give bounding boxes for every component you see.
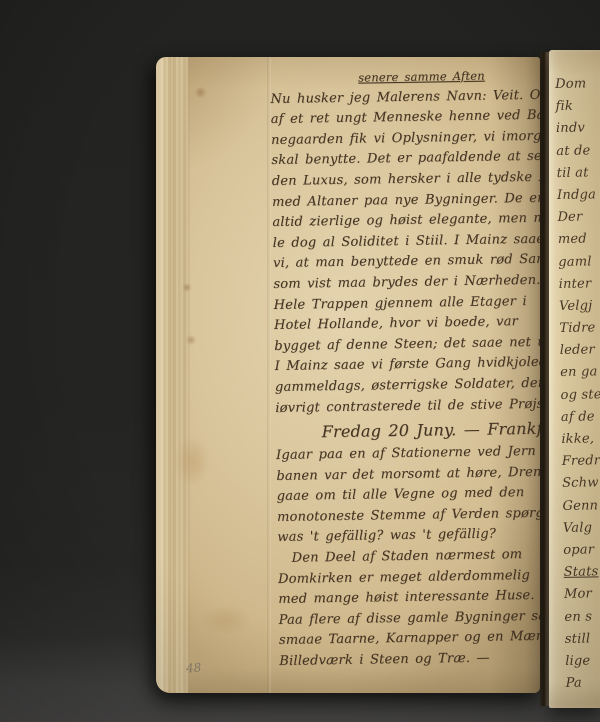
handwriting-fragment-line: Schw: [562, 473, 600, 496]
handwritten-text-fragments: Domfikindvat detil atIndgaDermedgamlinte…: [555, 73, 600, 695]
handwriting-fragment-line: Fredr: [562, 450, 600, 473]
left-page: senere samme AftenNu husker jeg Malerens…: [156, 57, 540, 693]
handwriting-fragment-line: opar: [563, 539, 600, 562]
handwriting-fragment-line: med: [558, 229, 599, 252]
age-stain: [194, 87, 207, 98]
handwriting-fragment-line: gaml: [558, 251, 599, 274]
handwriting-line: Billedværk i Steen og Træ. —: [279, 648, 540, 673]
handwriting-fragment-line: en s: [564, 606, 600, 629]
handwriting-fragment-line: Pa: [565, 672, 600, 695]
handwritten-journal-text: senere samme AftenNu husker jeg Malerens…: [270, 65, 540, 673]
handwriting-fragment-line: Velgj: [559, 295, 600, 318]
handwriting-fragment-line: Tidre: [559, 317, 600, 340]
handwriting-fragment-line: Stats: [564, 561, 600, 584]
handwriting-fragment-line: inter: [558, 273, 599, 296]
handwriting-fragment-line: lige: [565, 650, 600, 673]
handwriting-fragment-line: at de: [556, 140, 597, 163]
handwriting-fragment-line: Der: [557, 206, 598, 229]
handwriting-fragment-line: leder: [560, 339, 600, 362]
handwriting-fragment-line: til at: [557, 162, 598, 185]
page-edge-stack: [156, 57, 190, 693]
handwriting-fragment-line: Dom: [555, 73, 596, 96]
handwriting-fragment-line: fik: [555, 95, 596, 118]
handwriting-fragment-line: og ste: [560, 384, 600, 407]
handwriting-fragment-line: Mor: [564, 584, 600, 607]
photo-scene: senere samme AftenNu husker jeg Malerens…: [0, 0, 600, 722]
handwriting-fragment-line: Indga: [557, 184, 598, 207]
handwriting-fragment-line: Genn: [562, 495, 600, 518]
book-gutter: [540, 52, 549, 706]
age-stain: [200, 605, 252, 635]
handwriting-fragment-line: ikke,: [561, 428, 600, 451]
handwriting-fragment-line: indv: [556, 118, 597, 141]
handwriting-fragment-line: af de: [561, 406, 600, 429]
page-number: 48: [185, 660, 201, 675]
handwriting-fragment-line: Valg: [563, 517, 600, 540]
handwriting-fragment-line: still: [565, 628, 600, 651]
handwriting-fragment-line: en ga: [560, 362, 600, 385]
handwriting-line: Fredag 20 Juny. — Frankfurt.: [275, 415, 540, 446]
handwriting-line: smaae Taarne, Karnapper og en Mængde: [279, 627, 540, 652]
right-page: Domfikindvat detil atIndgaDermedgamlinte…: [549, 50, 600, 708]
